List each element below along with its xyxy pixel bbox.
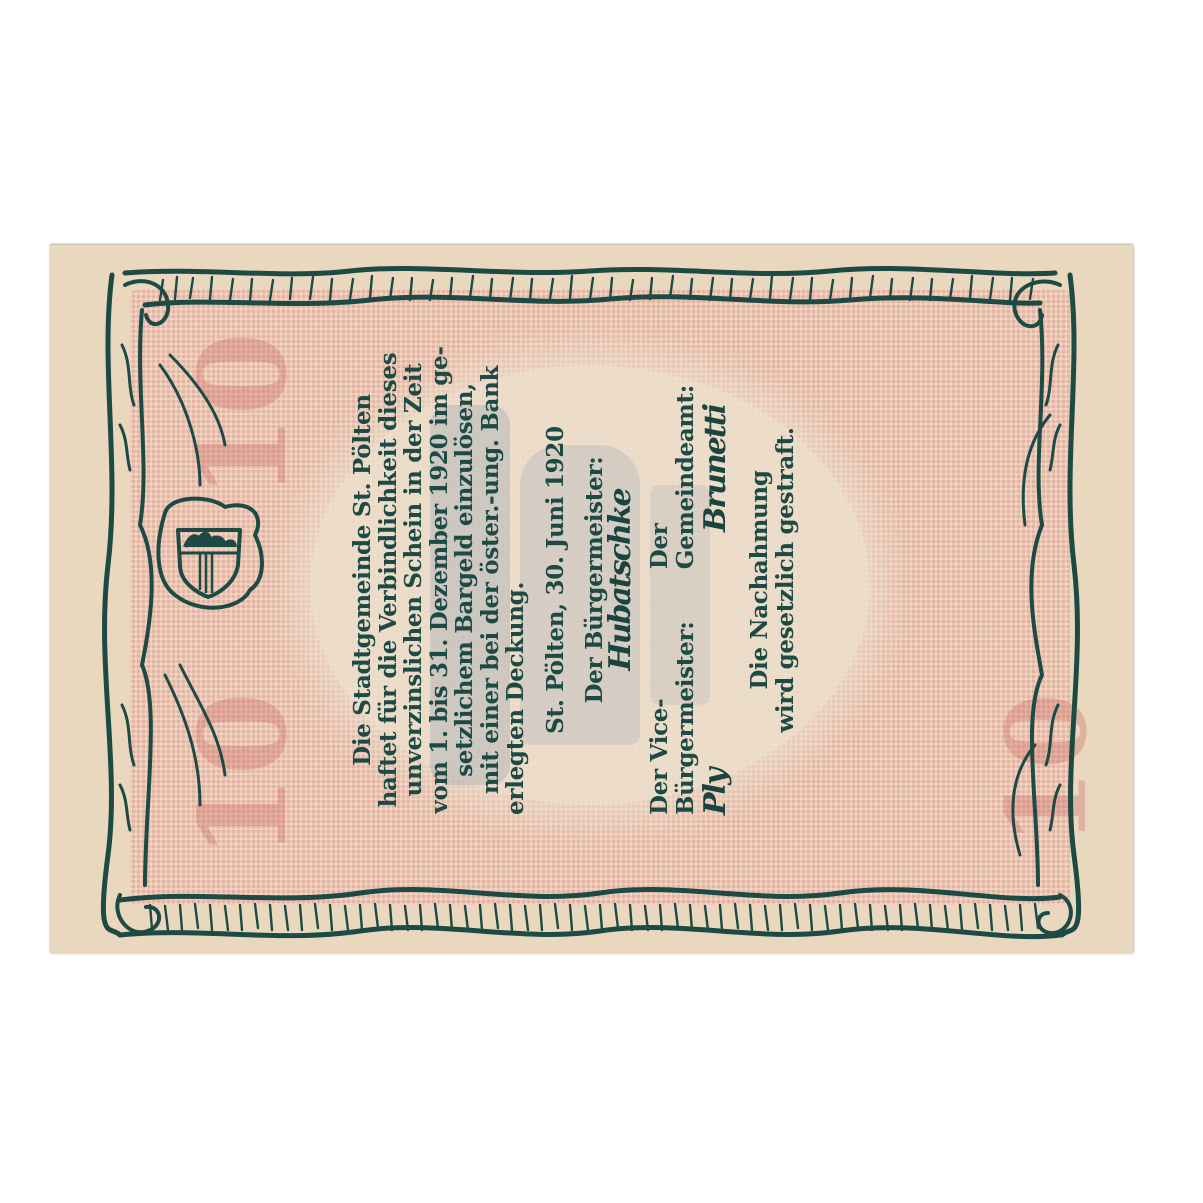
liability-statement: Die Stadtgemeinde St. Pölten haftet für … [350, 345, 529, 815]
note-text-block: Die Stadtgemeinde St. Pölten haftet für … [350, 345, 1070, 815]
council-signature: Brunetti [698, 345, 733, 532]
mayor-signature: Hubatschke [608, 345, 634, 815]
banknote: 10 10 10 [50, 245, 1133, 953]
text-line: haftet für die Verbindlichkeit dieses [376, 345, 402, 815]
coat-of-arms-icon [158, 499, 262, 608]
signature-labels: Der Vice- Bürgermeister: Der Gemeindeamt… [647, 345, 698, 815]
council-label: Der [647, 385, 673, 569]
vice-mayor-label: Bürgermeister: [673, 622, 699, 815]
signatures: Ply Brunetti [698, 345, 733, 815]
vice-mayor-signature: Ply [698, 770, 733, 815]
text-line: mit einer bei der öster.-ung. Bank [478, 345, 504, 815]
text-line: vom 1. bis 31. Dezember 1920 im ge- [427, 345, 453, 815]
council-label: Gemeindeamt: [673, 385, 699, 569]
place-date: St. Pölten, 30. Juni 1920 [543, 345, 569, 815]
counterfeit-warning: Die Nachahmung [747, 345, 773, 815]
counterfeit-warning: wird gesetzlich gestraft. [773, 345, 799, 815]
text-line: setzlichem Bargeld einzulösen, [452, 345, 478, 815]
text-line: unverzinslichen Schein in der Zeit [401, 345, 427, 815]
text-line: Die Stadtgemeinde St. Pölten [350, 345, 376, 815]
vice-mayor-label: Der Vice- [647, 622, 673, 815]
text-line: erlegten Deckung. [503, 345, 529, 815]
